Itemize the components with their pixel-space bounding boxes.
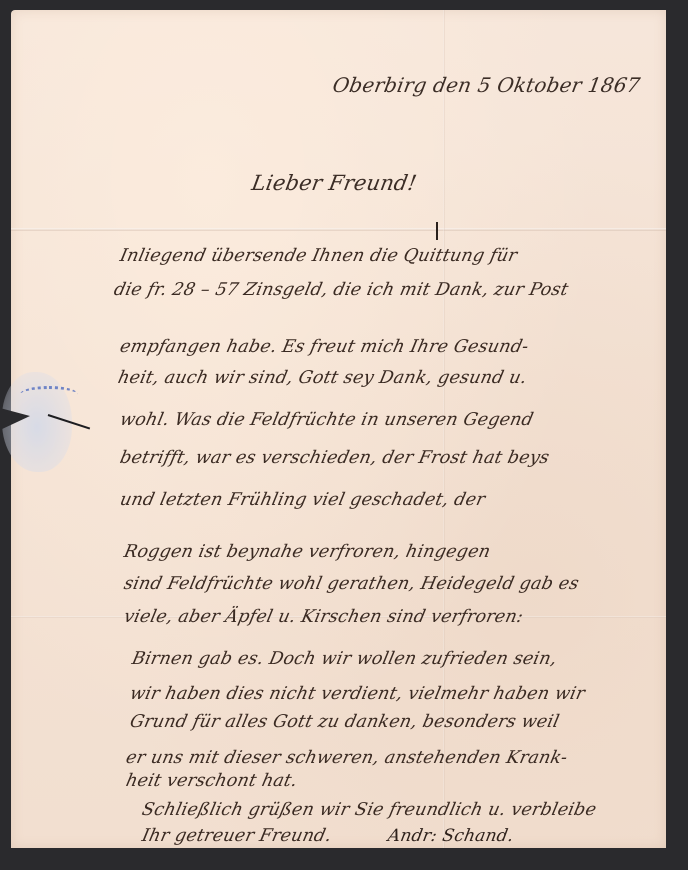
salutation: Lieber Freund! — [250, 171, 419, 195]
body-line: Roggen ist beynahe verfroren, hingegen — [122, 542, 492, 562]
body-line: betrifft, war es verschieden, der Frost … — [118, 448, 551, 468]
body-line: die fr. 28 – 57 Zinsgeld, die ich mit Da… — [112, 280, 570, 300]
paper-tear — [0, 408, 30, 430]
body-line: heit, auch wir sind, Gott sey Dank, gesu… — [116, 368, 529, 388]
body-line: Birnen gab es. Doch wir wollen zufrieden… — [130, 649, 559, 669]
body-line: viele, aber Äpfel u. Kirschen sind verfr… — [122, 607, 525, 627]
body-line: er uns mit dieser schweren, anstehenden … — [124, 748, 569, 768]
body-line: wohl. Was die Feldfrüchte in unseren Geg… — [118, 410, 535, 430]
place-date: Oberbirg den 5 Oktober 1867 — [331, 73, 642, 97]
body-line: heit verschont hat. — [124, 771, 299, 791]
fold-ink-mark — [436, 222, 438, 240]
horizontal-fold-line — [11, 228, 666, 231]
body-line: Inliegend übersende Ihnen die Quittung f… — [118, 246, 519, 266]
body-line: wir haben dies nicht verdient, vielmehr … — [128, 684, 587, 704]
signature: Andr: Schand. — [386, 826, 515, 846]
seal-blue-ink-icon — [20, 386, 78, 403]
body-line: sind Feldfrüchte wohl gerathen, Heidegel… — [122, 574, 581, 594]
body-line: empfangen habe. Es freut mich Ihre Gesun… — [118, 337, 530, 357]
closing-line: Ihr getreuer Freund. — [140, 826, 333, 846]
body-line: Grund für alles Gott zu danken, besonder… — [128, 712, 561, 732]
body-line: und letzten Frühling viel geschadet, der — [118, 490, 487, 510]
body-line: Schließlich grüßen wir Sie freundlich u.… — [140, 800, 598, 820]
